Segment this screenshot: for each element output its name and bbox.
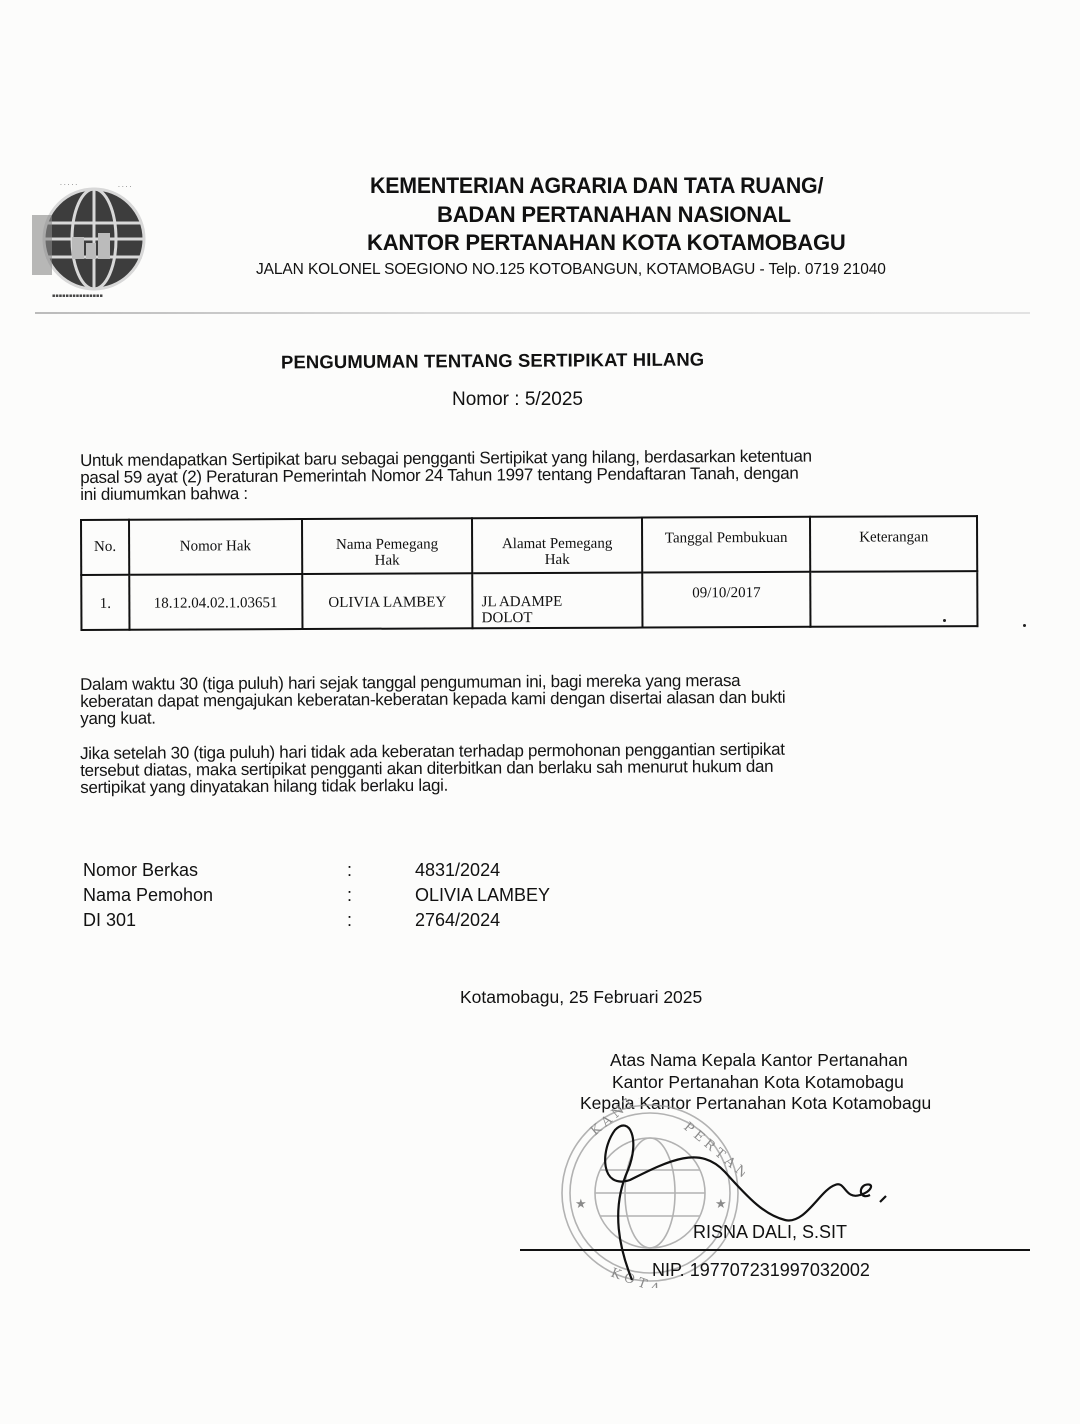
speck-mark bbox=[943, 619, 946, 622]
cell-keterangan bbox=[811, 571, 978, 627]
place-date: Kotamobagu, 25 Februari 2025 bbox=[460, 987, 702, 1008]
signatory-name: RISNA DALI, S.SIT bbox=[693, 1222, 847, 1243]
cell-tanggal: 09/10/2017 bbox=[642, 572, 811, 628]
cell-alamat: JL ADAMPE DOLOT bbox=[472, 573, 642, 629]
cell-nama: OLIVIA LAMBEY bbox=[302, 573, 473, 629]
header-no: No. bbox=[81, 520, 129, 575]
intro-paragraph: Untuk mendapatkan Sertipikat baru sebaga… bbox=[80, 447, 960, 503]
letterhead-office: KANTOR PERTANAHAN KOTA KOTAMOBAGU bbox=[367, 230, 887, 256]
svg-text:▪▪▪▪▪▪▪▪▪▪▪▪▪▪▪: ▪▪▪▪▪▪▪▪▪▪▪▪▪▪▪ bbox=[52, 293, 103, 299]
issuance-paragraph: Jika setelah 30 (tiga puluh) hari tidak … bbox=[80, 740, 940, 796]
signature-office: Kantor Pertanahan Kota Kotamobagu bbox=[612, 1072, 904, 1093]
header-keterangan: Keterangan bbox=[810, 516, 977, 572]
signature-on-behalf: Atas Nama Kepala Kantor Pertanahan bbox=[610, 1050, 908, 1071]
document-number: Nomor : 5/2025 bbox=[452, 389, 583, 411]
header-nama-pemegang: Nama Pemegang Hak bbox=[302, 518, 473, 574]
document-title: PENGUMUMAN TENTANG SERTIPIKAT HILANG bbox=[281, 349, 704, 374]
bpn-globe-emblem-icon: · · · · · · · · · ▪▪▪▪▪▪▪▪▪▪▪▪▪▪▪ bbox=[30, 175, 155, 300]
header-nomor-hak: Nomor Hak bbox=[129, 519, 302, 575]
letterhead-ministry: KEMENTERIAN AGRARIA DAN TATA RUANG/ bbox=[370, 173, 860, 199]
objection-paragraph: Dalam waktu 30 (tiga puluh) hari sejak t… bbox=[80, 671, 940, 727]
lost-certificate-table: No. Nomor Hak Nama Pemegang Hak Alamat P… bbox=[80, 515, 978, 631]
speck-mark bbox=[1023, 624, 1026, 627]
signature-line bbox=[520, 1249, 1030, 1251]
handwritten-signature-icon bbox=[560, 1100, 900, 1285]
letterhead-divider bbox=[35, 312, 1030, 314]
svg-text:· · · · ·: · · · · · bbox=[60, 182, 77, 189]
table-row: 1. 18.12.04.02.1.03651 OLIVIA LAMBEY JL … bbox=[81, 571, 977, 630]
svg-text:· · · ·: · · · · bbox=[118, 184, 131, 191]
letterhead-agency: BADAN PERTANAHAN NASIONAL bbox=[437, 202, 837, 228]
header-alamat-pemegang: Alamat Pemegang Hak bbox=[472, 518, 642, 574]
document-page: · · · · · · · · · ▪▪▪▪▪▪▪▪▪▪▪▪▪▪▪ KEMENT… bbox=[0, 0, 1080, 1424]
table-header-row: No. Nomor Hak Nama Pemegang Hak Alamat P… bbox=[81, 516, 977, 575]
header-tanggal-pembukuan: Tanggal Pembukuan bbox=[642, 517, 811, 573]
signatory-nip: NIP. 197707231997032002 bbox=[652, 1260, 870, 1281]
letterhead-address: JALAN KOLONEL SOEGIONO NO.125 KOTOBANGUN… bbox=[256, 261, 996, 279]
cell-nomor-hak: 18.12.04.02.1.03651 bbox=[129, 574, 302, 630]
cell-no: 1. bbox=[81, 575, 129, 630]
